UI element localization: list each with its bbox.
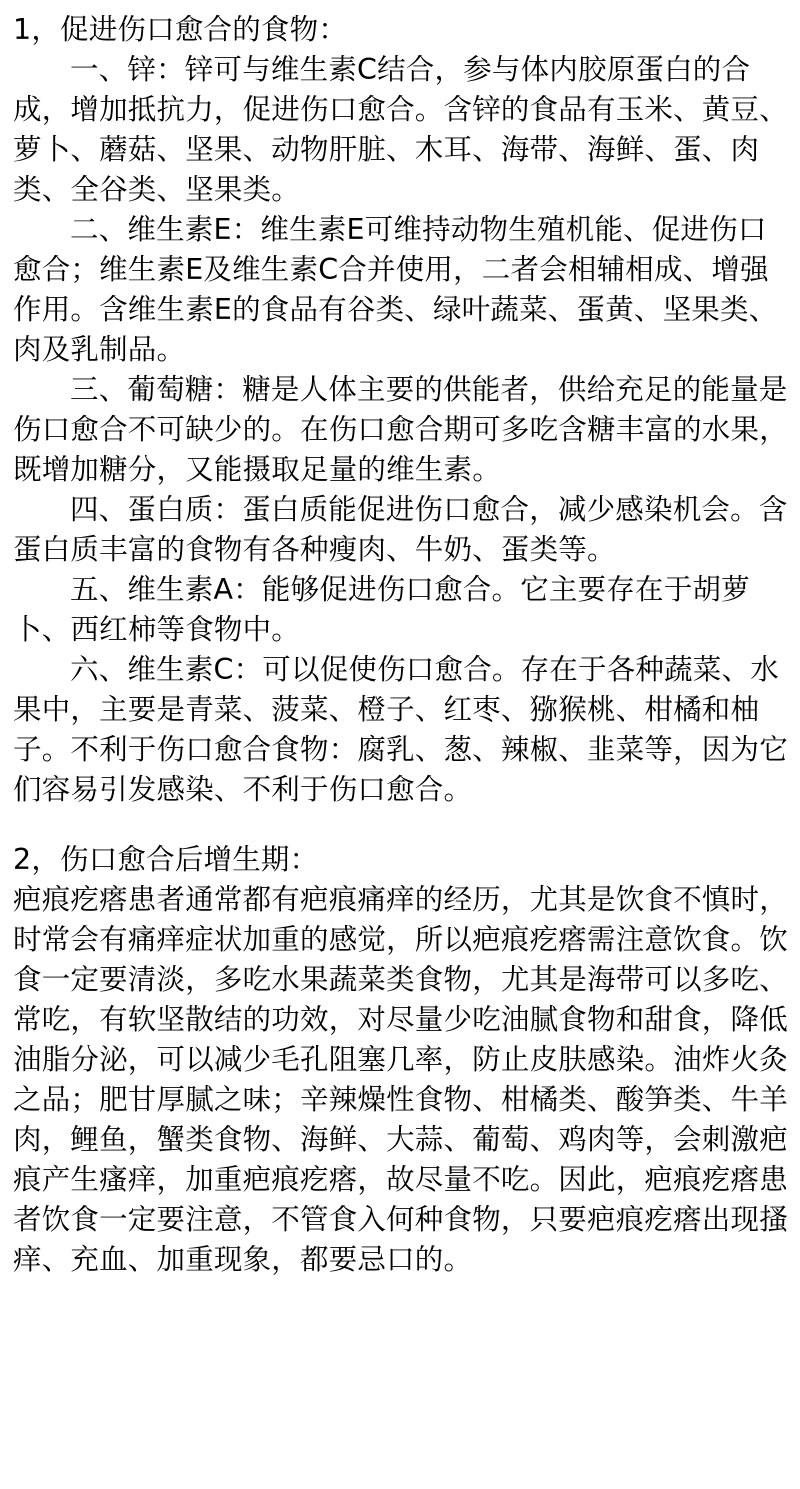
section-post-healing-proliferation: 2，伤口愈合后增生期： 疤痕疙瘩患者通常都有疤痕痛痒的经历，尤其是饮食不慎时，时…	[13, 840, 788, 1280]
section-1-item-glucose: 三、葡萄糖：糖是人体主要的供能者，供给充足的能量是伤口愈合不可缺少的。在伤口愈合…	[13, 370, 788, 490]
section-1-item-vitamin-a: 五、维生素A：能够促进伤口愈合。它主要存在于胡萝卜、西红柿等食物中。	[13, 570, 788, 650]
section-1-heading: 1，促进伤口愈合的食物：	[13, 10, 788, 50]
section-1-item-protein: 四、蛋白质：蛋白质能促进伤口愈合，减少感染机会。含蛋白质丰富的食物有各种瘦肉、牛…	[13, 490, 788, 570]
section-1-item-vitamin-e: 二、维生素E：维生素E可维持动物生殖机能、促进伤口愈合；维生素E及维生素C合并使…	[13, 210, 788, 370]
section-2-body: 疤痕疙瘩患者通常都有疤痕痛痒的经历，尤其是饮食不慎时，时常会有痛痒症状加重的感觉…	[13, 880, 788, 1280]
section-wound-healing-foods: 1，促进伤口愈合的食物： 一、锌：锌可与维生素C结合，参与体内胶原蛋白的合成，增…	[13, 10, 788, 810]
section-2-heading: 2，伤口愈合后增生期：	[13, 840, 788, 880]
section-1-item-vitamin-c: 六、维生素C：可以促使伤口愈合。存在于各种蔬菜、水果中，主要是青菜、菠菜、橙子、…	[13, 650, 788, 810]
document-page: 1，促进伤口愈合的食物： 一、锌：锌可与维生素C结合，参与体内胶原蛋白的合成，增…	[0, 0, 800, 1489]
section-1-item-zinc: 一、锌：锌可与维生素C结合，参与体内胶原蛋白的合成，增加抵抗力，促进伤口愈合。含…	[13, 50, 788, 210]
